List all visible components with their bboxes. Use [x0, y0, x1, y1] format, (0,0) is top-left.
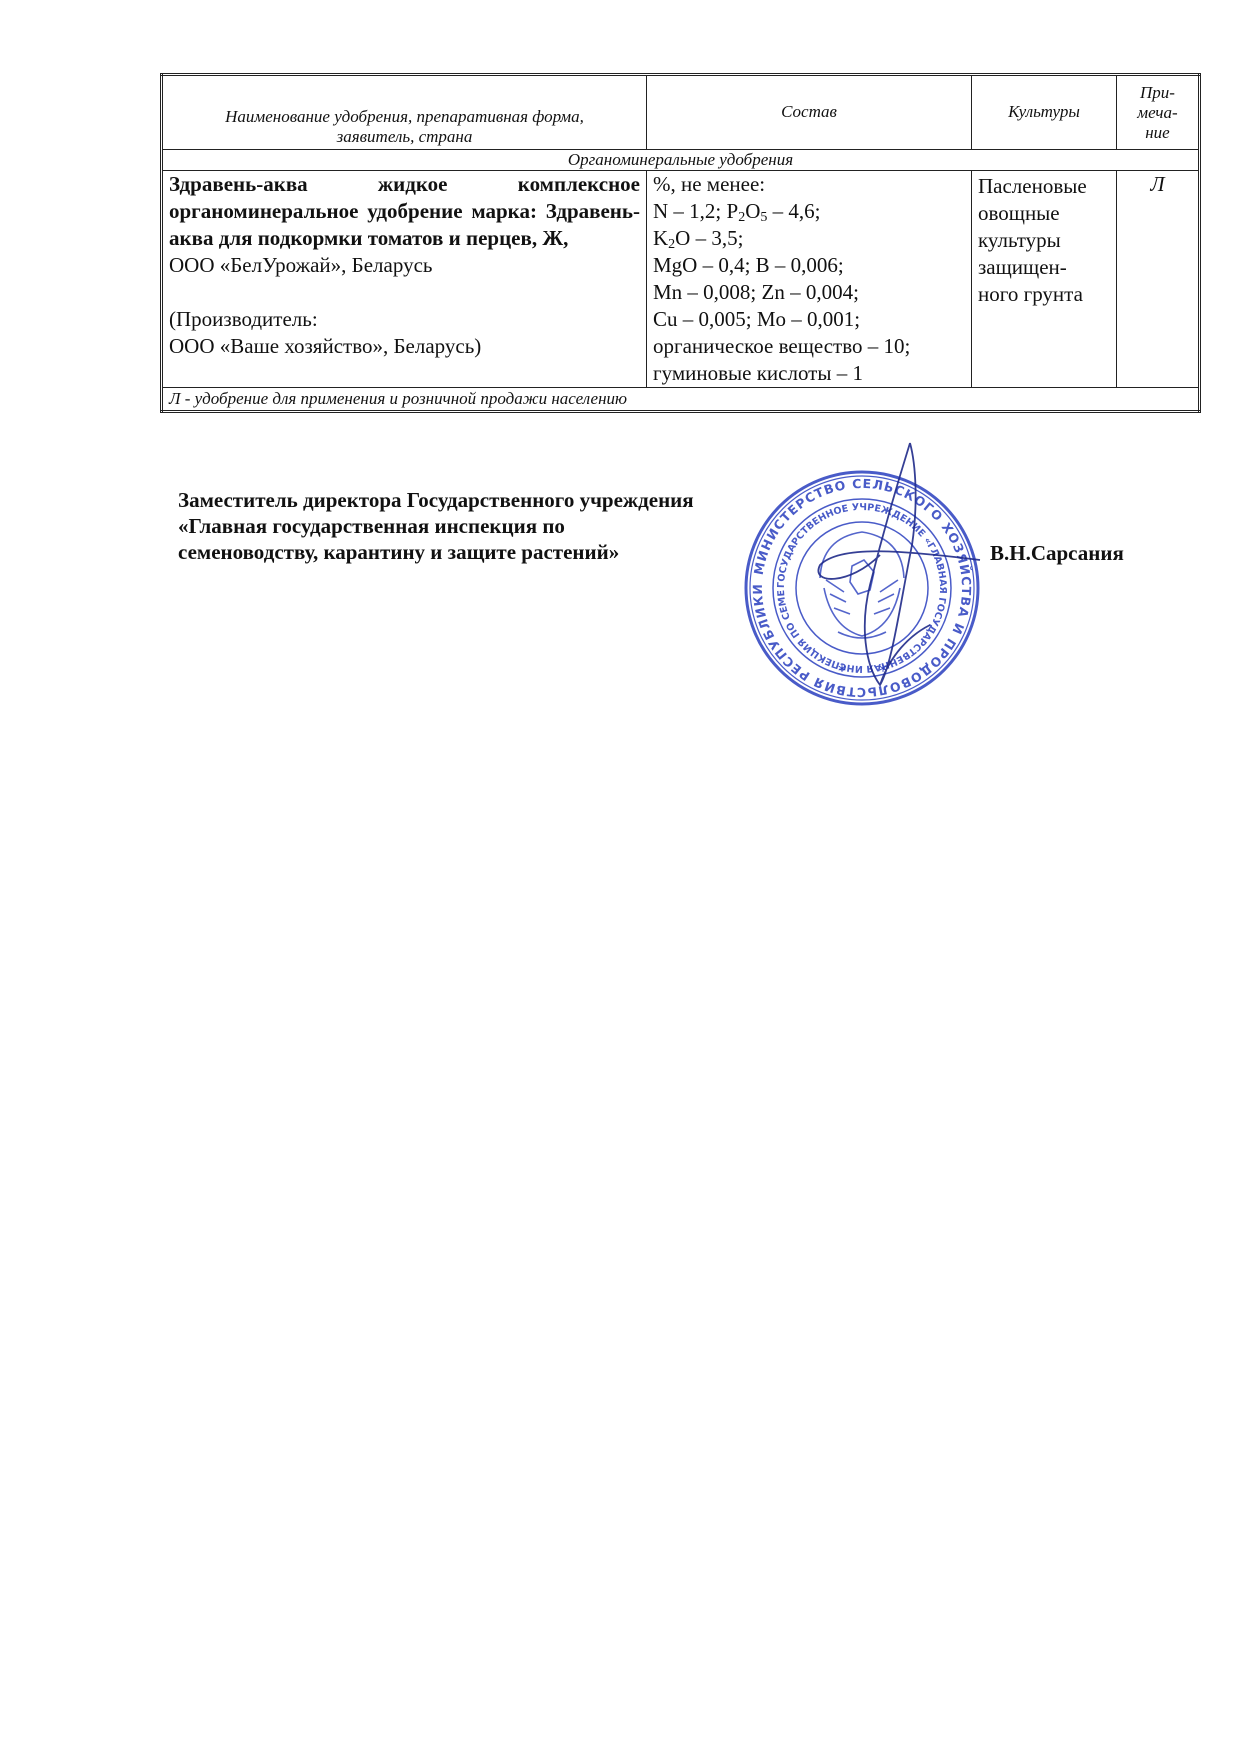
composition-k-value: O – 3,5; [675, 226, 743, 250]
header-crops-label: Культуры [1008, 102, 1080, 121]
composition-line-7: гуминовые кислоты – 1 [653, 360, 965, 387]
table-header-row: Наименование удобрения, препаративная фо… [162, 75, 1200, 150]
signatory-position: Заместитель директора Государственного у… [178, 487, 694, 565]
composition-line-6: органическое вещество – 10; [653, 333, 965, 360]
crops-line-5: ного грунта [978, 281, 1110, 308]
composition-line-1: N – 1,2; P2O5 – 4,6; [653, 198, 965, 225]
header-name-line-2: заявитель, страна [169, 127, 640, 147]
footnote: Л - удобрение для применения и розничной… [162, 388, 1200, 412]
composition-line-4: Mn – 0,008; Zn – 0,004; [653, 279, 965, 306]
header-crops: Культуры [972, 75, 1117, 150]
producer: ООО «Ваше хозяйство», Беларусь) [169, 333, 640, 360]
header-note-line-1: При- [1119, 83, 1196, 103]
crops-line-2: овощные [978, 200, 1110, 227]
header-composition: Состав [647, 75, 972, 150]
crops-line-4: защищен- [978, 254, 1110, 281]
header-name: Наименование удобрения, препаративная фо… [162, 75, 647, 150]
producer-label: (Производитель: [169, 306, 640, 333]
spacer [169, 279, 640, 306]
fertilizer-registry-table: Наименование удобрения, препаративная фо… [160, 73, 1201, 413]
crops-cell: Пасленовые овощные культуры защищен- ног… [972, 171, 1117, 388]
fertilizer-name: Здравень-аква жидкое комплексное органом… [169, 172, 640, 250]
header-note-line-3: ние [1119, 123, 1196, 143]
applicant: ООО «БелУрожай», Беларусь [169, 252, 640, 279]
position-line-3: семеноводству, карантину и защите растен… [178, 539, 694, 565]
composition-p-value: – 4,6; [767, 199, 820, 223]
composition-k: K [653, 226, 668, 250]
crops-line-1: Пасленовые [978, 173, 1110, 200]
composition-line-5: Cu – 0,005; Mo – 0,001; [653, 306, 965, 333]
composition-cell: %, не менее: N – 1,2; P2O5 – 4,6; K2O – … [647, 171, 972, 388]
position-line-2: «Главная государственная инспекция по [178, 513, 694, 539]
position-line-1: Заместитель директора Государственного у… [178, 487, 694, 513]
group-label: Органоминеральные удобрения [162, 150, 1200, 171]
composition-intro: %, не менее: [653, 171, 965, 198]
header-name-line-1: Наименование удобрения, препаративная фо… [169, 107, 640, 127]
table-row: Здравень-аква жидкое комплексное органом… [162, 171, 1200, 388]
group-row: Органоминеральные удобрения [162, 150, 1200, 171]
crops-line-3: культуры [978, 227, 1110, 254]
fertilizer-name-cell: Здравень-аква жидкое комплексное органом… [162, 171, 647, 388]
header-note-line-2: меча- [1119, 103, 1196, 123]
composition-line-3: MgO – 0,4; B – 0,006; [653, 252, 965, 279]
composition-o: O [745, 199, 760, 223]
composition-n: N – 1,2; P [653, 199, 738, 223]
composition-line-2: K2O – 3,5; [653, 225, 965, 252]
footnote-row: Л - удобрение для применения и розничной… [162, 388, 1200, 412]
handwritten-signature-icon [780, 435, 1040, 725]
header-composition-label: Состав [781, 102, 837, 121]
header-note: При- меча- ние [1117, 75, 1200, 150]
note-cell: Л [1117, 171, 1200, 388]
